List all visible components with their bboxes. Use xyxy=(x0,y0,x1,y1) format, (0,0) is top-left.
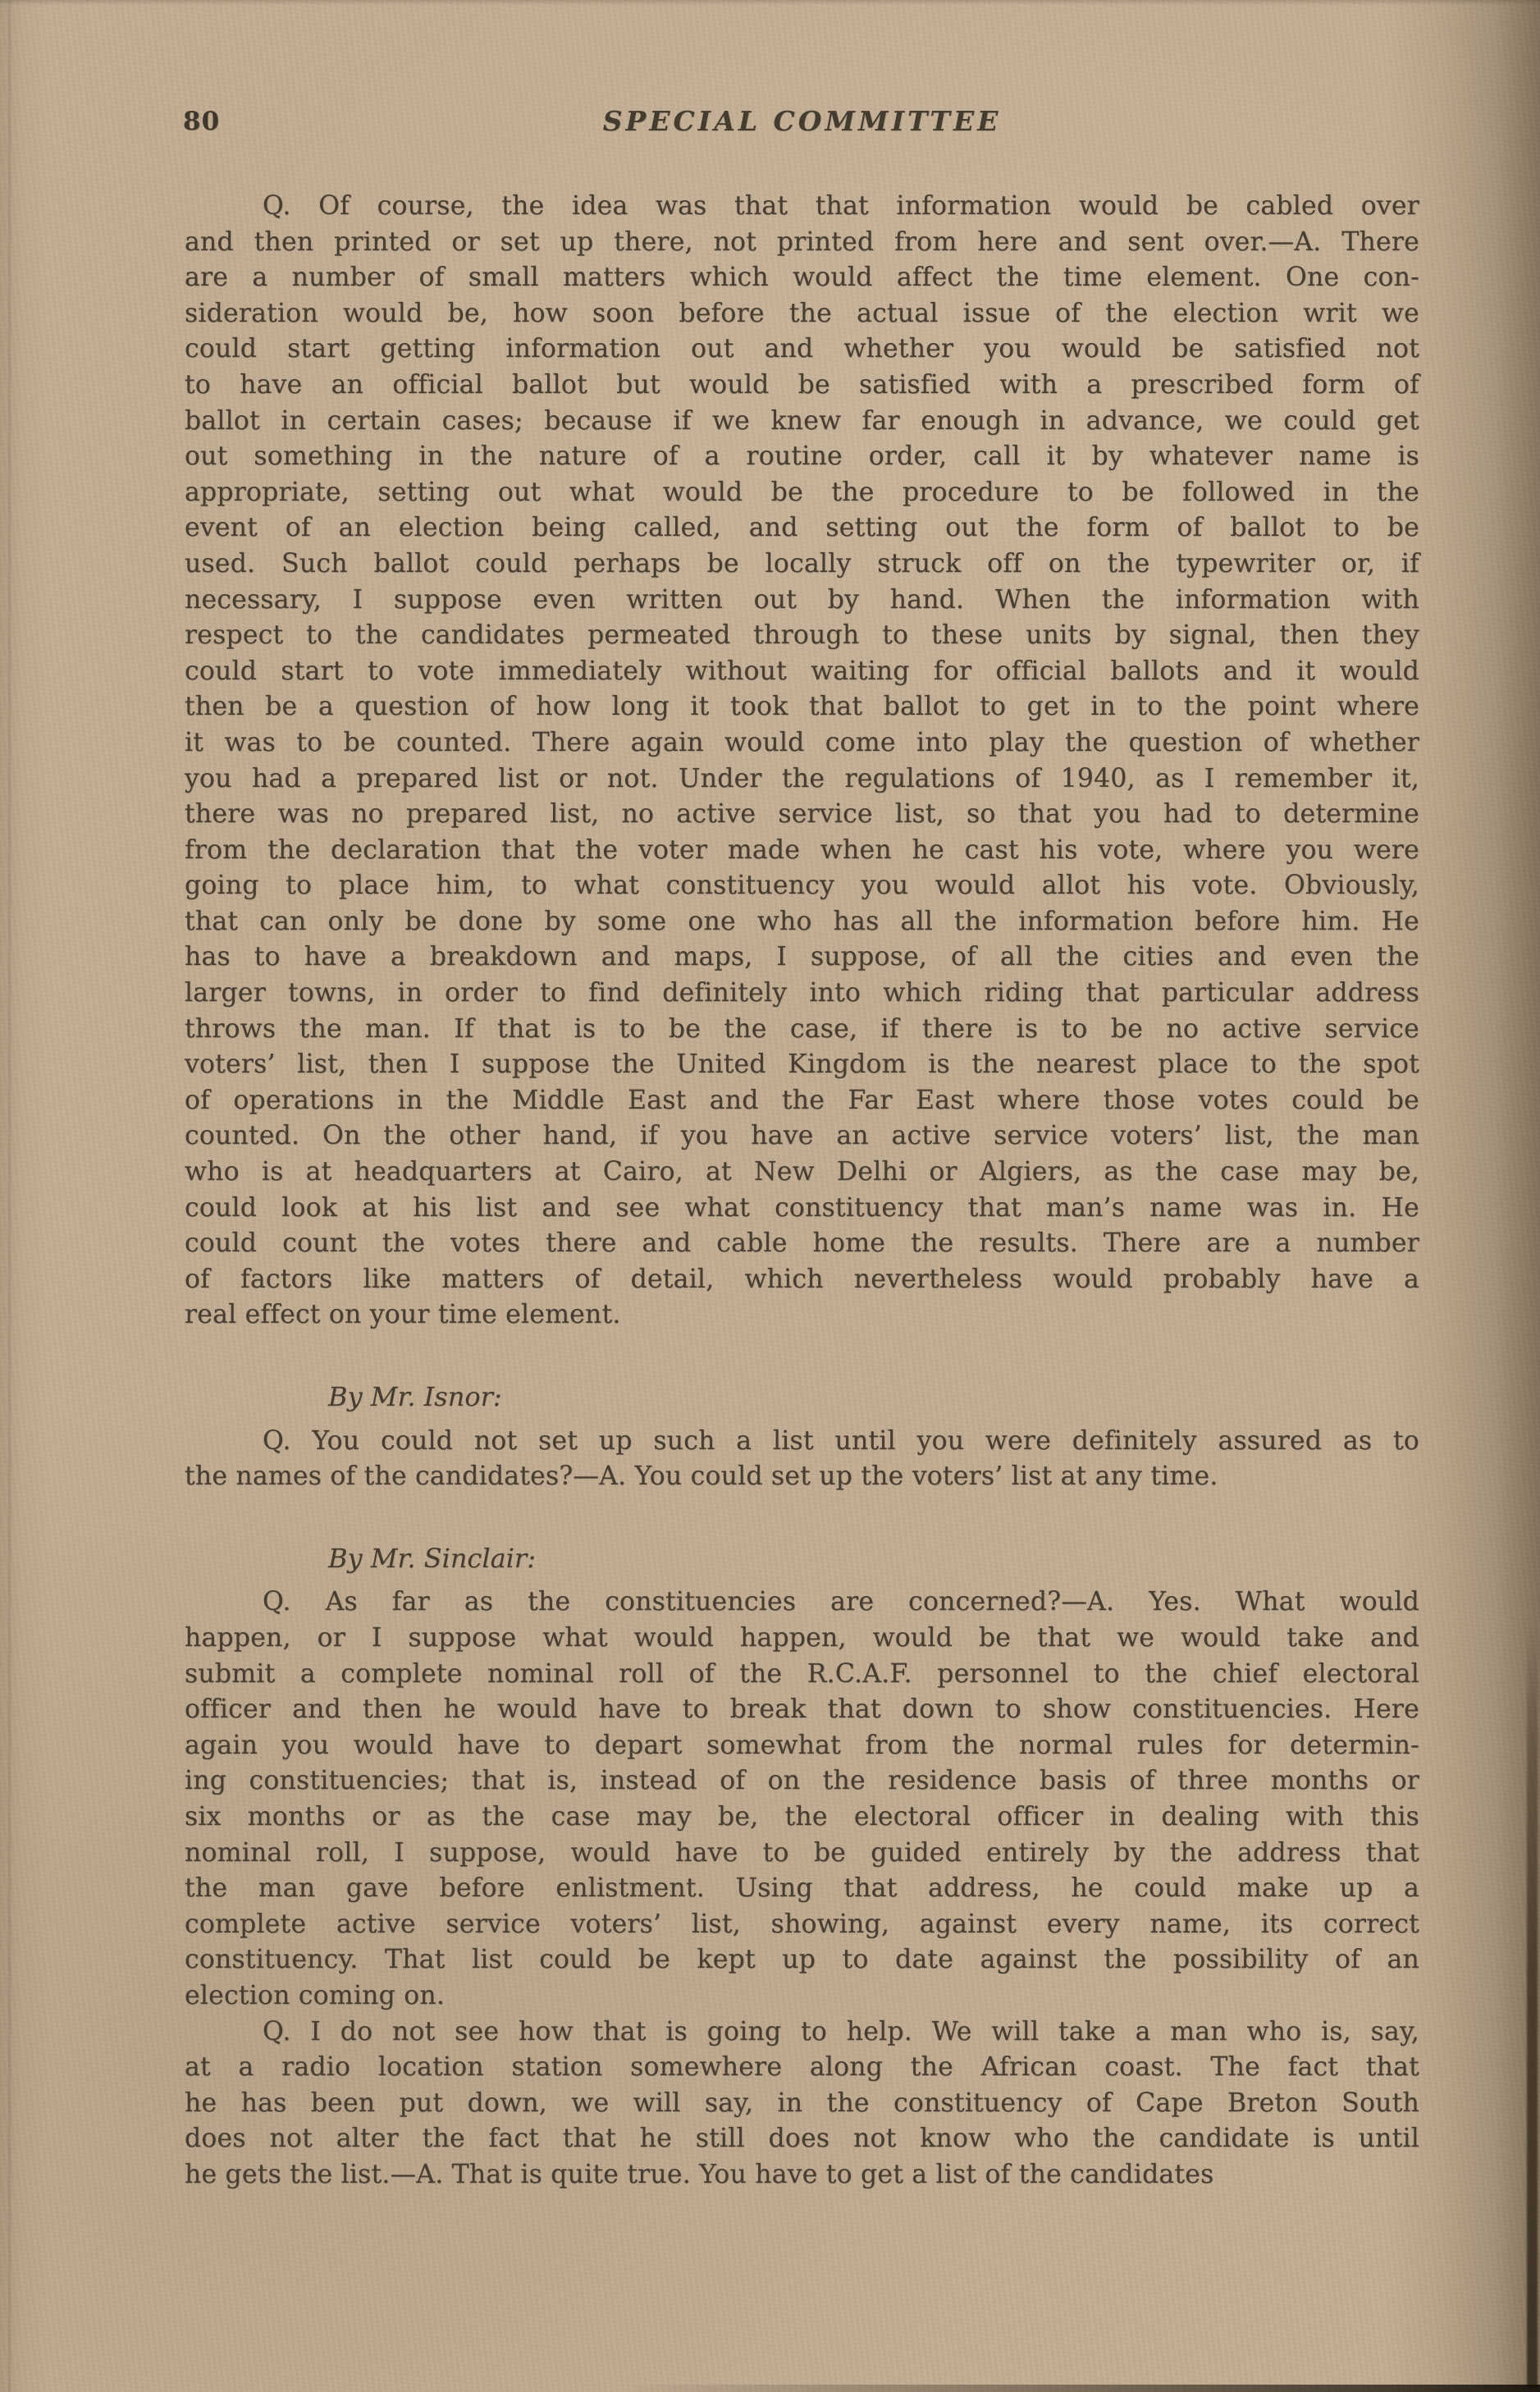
text-line: again you would have to depart somewhat … xyxy=(185,1728,1419,1764)
text-line: the names of the candidates?—A. You coul… xyxy=(185,1459,1419,1495)
text-line: that can only be done by some one who ha… xyxy=(185,904,1419,940)
scanned-document-page: 80 SPECIAL COMMITTEE Q. Of course, the i… xyxy=(0,0,1540,2392)
text-line: could look at his list and see what cons… xyxy=(185,1191,1419,1227)
text-line: nominal roll, I suppose, would have to b… xyxy=(185,1836,1419,1872)
paragraph: Q. I do not see how that is going to hel… xyxy=(185,2015,1419,2193)
text-block: 80 SPECIAL COMMITTEE Q. Of course, the i… xyxy=(185,105,1419,2193)
text-line: officer and then he would have to break … xyxy=(185,1692,1419,1728)
text-line: event of an election being called, and s… xyxy=(185,510,1419,547)
text-line: to have an official ballot but would be … xyxy=(185,368,1419,404)
text-line: respect to the candidates permeated thro… xyxy=(185,618,1419,654)
text-line: counted. On the other hand, if you have … xyxy=(185,1118,1419,1155)
text-line: could start getting information out and … xyxy=(185,332,1419,368)
text-line: voters’ list, then I suppose the United … xyxy=(185,1047,1419,1083)
text-line: who is at headquarters at Cairo, at New … xyxy=(185,1155,1419,1191)
body-copy: Q. Of course, the idea was that that inf… xyxy=(185,189,1419,2193)
text-line: could start to vote immediately without … xyxy=(185,654,1419,690)
text-line: Q. As far as the constituencies are conc… xyxy=(185,1585,1419,1621)
text-line: happen, or I suppose what would happen, … xyxy=(185,1621,1419,1657)
text-line: has to have a breakdown and maps, I supp… xyxy=(185,940,1419,976)
running-title: SPECIAL COMMITTEE xyxy=(603,105,1002,137)
text-line: necessary, I suppose even written out by… xyxy=(185,583,1419,619)
paragraph: Q. Of course, the idea was that that inf… xyxy=(185,189,1419,1333)
text-line: six months or as the case may be, the el… xyxy=(185,1800,1419,1836)
page-header: 80 SPECIAL COMMITTEE xyxy=(185,105,1419,138)
text-line: Q. You could not set up such a list unti… xyxy=(185,1424,1419,1460)
text-line: throws the man. If that is to be the cas… xyxy=(185,1012,1419,1048)
text-line: then be a question of how long it took t… xyxy=(185,689,1419,725)
text-line: out something in the nature of a routine… xyxy=(185,439,1419,475)
text-line: you had a prepared list or not. Under th… xyxy=(185,762,1419,798)
text-line: it was to be counted. There again would … xyxy=(185,725,1419,762)
text-line: used. Such ballot could perhaps be local… xyxy=(185,547,1419,583)
text-line: constituency. That list could be kept up… xyxy=(185,1942,1419,1978)
text-line: there was no prepared list, no active se… xyxy=(185,797,1419,833)
text-line: does not alter the fact that he still do… xyxy=(185,2121,1419,2157)
text-line: Q. Of course, the idea was that that inf… xyxy=(185,189,1419,225)
text-line: appropriate, setting out what would be t… xyxy=(185,475,1419,511)
text-line: and then printed or set up there, not pr… xyxy=(185,225,1419,261)
page-top-edge-shadow xyxy=(0,0,1540,5)
text-line: ing constituencies; that is, instead of … xyxy=(185,1763,1419,1800)
text-line: real effect on your time element. xyxy=(185,1297,1419,1333)
text-line: at a radio location station somewhere al… xyxy=(185,2050,1419,2086)
text-line: Q. I do not see how that is going to hel… xyxy=(185,2015,1419,2051)
text-line: of operations in the Middle East and the… xyxy=(185,1083,1419,1119)
text-line: sideration would be, how soon before the… xyxy=(185,296,1419,332)
page-right-edge-shadow xyxy=(1527,1625,1538,2388)
text-line: going to place him, to what constituency… xyxy=(185,868,1419,904)
speaker-heading: By Mr. Sinclair: xyxy=(328,1541,1419,1577)
text-line: submit a complete nominal roll of the R.… xyxy=(185,1657,1419,1693)
page-left-crease xyxy=(7,0,11,2392)
text-line: he has been put down, we will say, in th… xyxy=(185,2086,1419,2122)
text-line: larger towns, in order to find definitel… xyxy=(185,976,1419,1012)
paragraph: Q. As far as the constituencies are conc… xyxy=(185,1585,1419,2014)
page-bottom-edge-shadow xyxy=(0,2385,1540,2392)
text-line: complete active service voters’ list, sh… xyxy=(185,1907,1419,1943)
text-line: are a number of small matters which woul… xyxy=(185,260,1419,296)
paragraph: Q. You could not set up such a list unti… xyxy=(185,1424,1419,1495)
text-line: from the declaration that the voter made… xyxy=(185,833,1419,869)
text-line: the man gave before enlistment. Using th… xyxy=(185,1871,1419,1907)
text-line: ballot in certain cases; because if we k… xyxy=(185,404,1419,440)
text-line: could count the votes there and cable ho… xyxy=(185,1226,1419,1262)
page-number: 80 xyxy=(183,107,220,136)
text-line: election coming on. xyxy=(185,1978,1419,2015)
text-line: he gets the list.—A. That is quite true.… xyxy=(185,2157,1419,2193)
text-line: of factors like matters of detail, which… xyxy=(185,1262,1419,1298)
speaker-heading: By Mr. Isnor: xyxy=(328,1379,1419,1416)
